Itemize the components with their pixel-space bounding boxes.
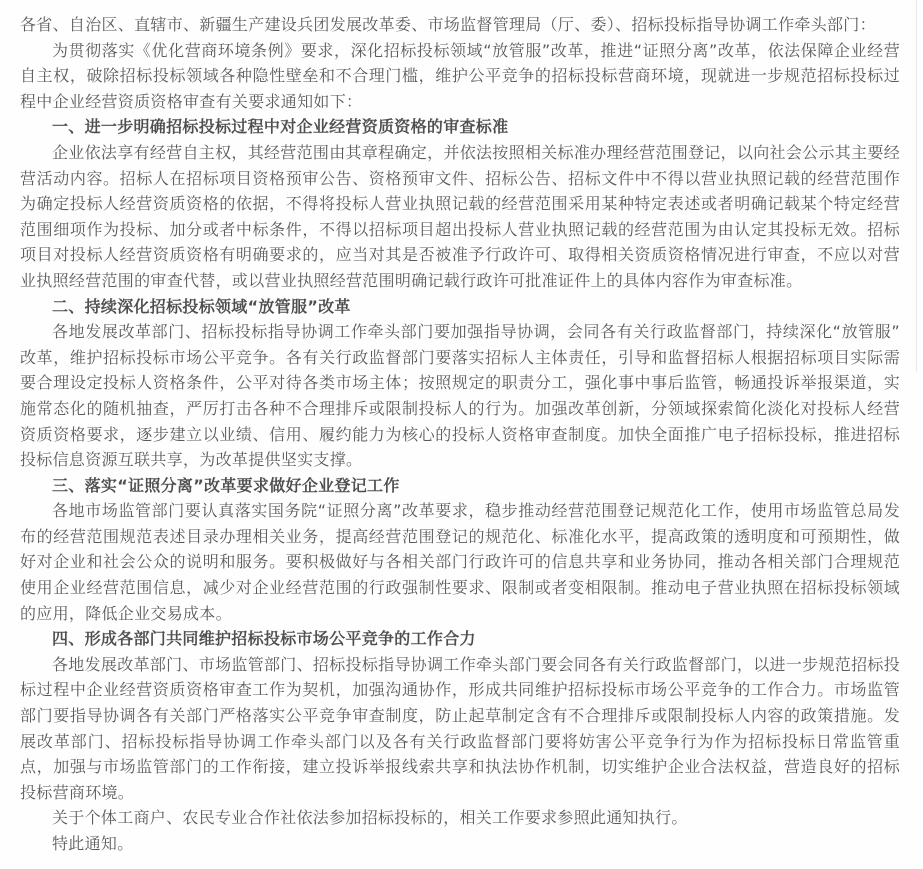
section-1-body: 企业依法享有经营自主权，其经营范围由其章程确定，并依法按照相关标准办理经营范围登… (20, 140, 900, 294)
content-right-border (916, 0, 917, 372)
section-2-body: 各地发展改革部门、招标投标指导协调工作牵头部门要加强指导协调，会同各有关行政监督… (20, 319, 900, 473)
section-3-body: 各地市场监管部门要认真落实国务院“证照分离”改革要求，稳步推动经营范围登记规范化… (20, 498, 900, 626)
intro-paragraph: 为贯彻落实《优化营商环境条例》要求，深化招标投标领域“放管服”改革，推进“证照分… (20, 38, 900, 115)
section-1-heading: 一、进一步明确招标投标过程中对企业经营资质资格的审查标准 (20, 114, 900, 140)
closing-statement: 特此通知。 (20, 831, 900, 857)
section-4-body: 各地发展改革部门、市场监管部门、招标投标指导协调工作牵头部门要会同各有关行政监督… (20, 652, 900, 806)
section-2-heading: 二、持续深化招标投标领域“放管服”改革 (20, 294, 900, 320)
salutation-line: 各省、自治区、直辖市、新疆生产建设兵团发展改革委、市场监督管理局（厅、委）、招标… (20, 12, 900, 38)
section-3-heading: 三、落实“证照分离”改革要求做好企业登记工作 (20, 473, 900, 499)
notice-document: 各省、自治区、直辖市、新疆生产建设兵团发展改革委、市场监督管理局（厅、委）、招标… (0, 0, 923, 869)
closing-note: 关于个体工商户、农民专业合作社依法参加招标投标的，相关工作要求参照此通知执行。 (20, 805, 900, 831)
section-4-heading: 四、形成各部门共同维护招标投标市场公平竞争的工作合力 (20, 626, 900, 652)
